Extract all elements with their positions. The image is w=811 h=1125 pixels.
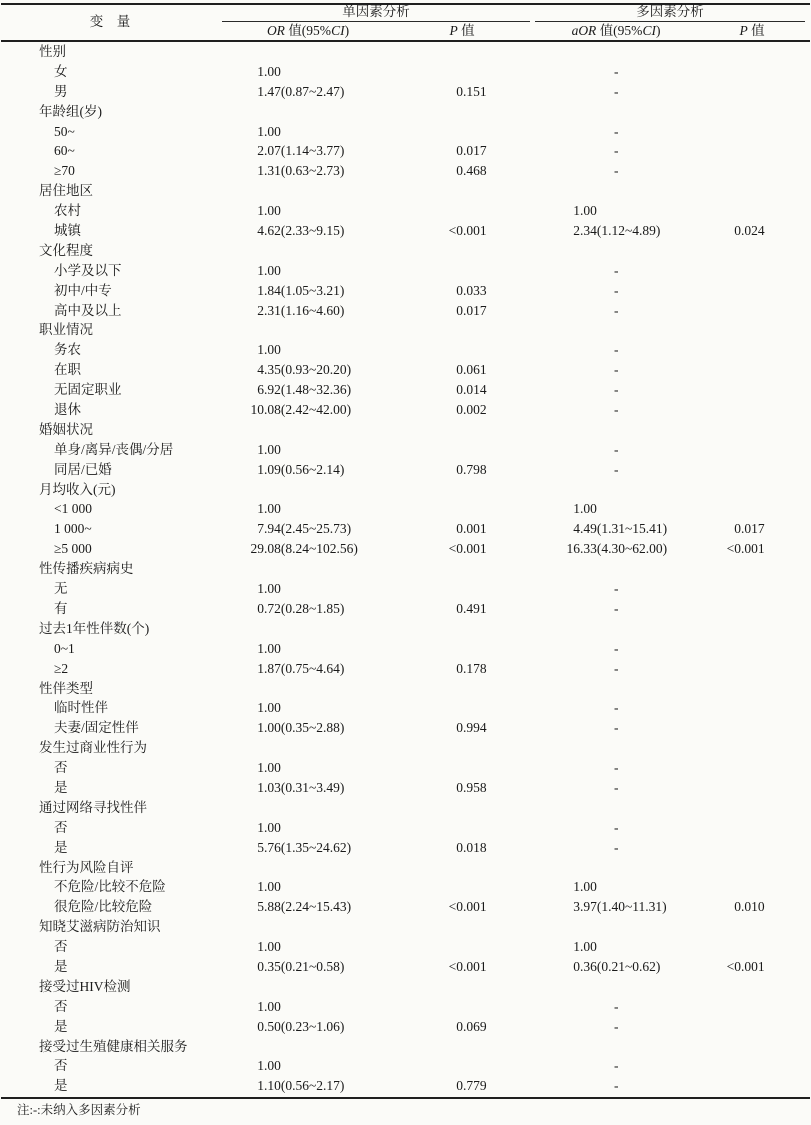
variable-item-label: 高中及以上 bbox=[54, 301, 122, 321]
dash-not-included: - bbox=[614, 440, 619, 460]
variable-item-label: 是 bbox=[54, 1017, 68, 1037]
p-value-univariate: 0.151 bbox=[436, 82, 487, 102]
variable-item-label: 否 bbox=[54, 937, 68, 957]
variable-item-label: 很危险/比较危险 bbox=[54, 897, 152, 917]
table-row: 很危险/比较危险5.88(2.24~15.43)<0.0013.97(1.40~… bbox=[0, 897, 811, 917]
variable-group-label: 居住地区 bbox=[39, 181, 93, 201]
dash-not-included: - bbox=[614, 758, 619, 778]
dash-not-included: - bbox=[614, 659, 619, 679]
multivariate-spanner-rule bbox=[535, 21, 805, 22]
header-or-95ci: OR 值(95%CI) bbox=[267, 23, 349, 39]
variable-item-label: 不危险/比较不危险 bbox=[54, 877, 166, 897]
journal-regression-table-page: 变 量 单因素分析 多因素分析 OR 值(95%CI) P 值 aOR 值(95… bbox=[0, 0, 811, 1125]
variable-item-label: 退休 bbox=[54, 400, 81, 420]
dash-not-included: - bbox=[614, 460, 619, 480]
dash-not-included: - bbox=[614, 301, 619, 321]
table-row: 性行为风险自评 bbox=[0, 858, 811, 878]
variable-item-label: 否 bbox=[54, 818, 68, 838]
or-value: 0.50(0.23~1.06) bbox=[240, 1017, 344, 1037]
p-value-univariate: 0.033 bbox=[436, 281, 487, 301]
table-row: <1 0001.001.00 bbox=[0, 499, 811, 519]
or-value: 1.00 bbox=[240, 122, 281, 142]
p-value-univariate: 0.014 bbox=[436, 380, 487, 400]
or-value: 1.00(0.35~2.88) bbox=[240, 718, 344, 738]
aor-value: 1.00 bbox=[553, 937, 597, 957]
p-value-univariate: <0.001 bbox=[436, 539, 487, 559]
table-row: 否1.00- bbox=[0, 1056, 811, 1076]
table-row: 通过网络寻找性伴 bbox=[0, 798, 811, 818]
table-row: 否1.001.00 bbox=[0, 937, 811, 957]
table-row: ≥701.31(0.63~2.73)0.468- bbox=[0, 161, 811, 181]
or-value: 1.00 bbox=[240, 758, 281, 778]
p-value-univariate: 0.017 bbox=[436, 141, 487, 161]
or-value: 5.88(2.24~15.43) bbox=[240, 897, 351, 917]
table-row: 年龄组(岁) bbox=[0, 102, 811, 122]
table-row: 女1.00- bbox=[0, 62, 811, 82]
p-value-univariate: 0.468 bbox=[436, 161, 487, 181]
table-row: 职业情况 bbox=[0, 320, 811, 340]
table-row: 否1.00- bbox=[0, 997, 811, 1017]
aor-value: 1.00 bbox=[553, 499, 597, 519]
table-row: 城镇4.62(2.33~9.15)<0.0012.34(1.12~4.89)0.… bbox=[0, 221, 811, 241]
variable-group-label: 月均收入(元) bbox=[39, 480, 116, 500]
or-value: 1.03(0.31~3.49) bbox=[240, 778, 344, 798]
variable-item-label: 无固定职业 bbox=[54, 380, 122, 400]
or-value: 1.00 bbox=[240, 62, 281, 82]
variable-item-label: 60~ bbox=[54, 141, 75, 161]
p-value-univariate: 0.002 bbox=[436, 400, 487, 420]
table-row: 小学及以下1.00- bbox=[0, 261, 811, 281]
variable-group-label: 年龄组(岁) bbox=[39, 102, 102, 122]
table-row: 同居/已婚1.09(0.56~2.14)0.798- bbox=[0, 460, 811, 480]
dash-not-included: - bbox=[614, 82, 619, 102]
table-row: 是0.50(0.23~1.06)0.069- bbox=[0, 1017, 811, 1037]
variable-item-label: 是 bbox=[54, 1076, 68, 1096]
dash-not-included: - bbox=[614, 997, 619, 1017]
table-row: 务农1.00- bbox=[0, 340, 811, 360]
dash-not-included: - bbox=[614, 400, 619, 420]
header-p-value-multivariate: P 值 bbox=[739, 23, 764, 39]
variable-item-label: 50~ bbox=[54, 122, 75, 142]
or-value: 0.72(0.28~1.85) bbox=[240, 599, 344, 619]
table-row: 50~1.00- bbox=[0, 122, 811, 142]
dash-not-included: - bbox=[614, 718, 619, 738]
dash-not-included: - bbox=[614, 261, 619, 281]
variable-item-label: 是 bbox=[54, 957, 68, 977]
table-body: 性别女1.00-男1.47(0.87~2.47)0.151-年龄组(岁)50~1… bbox=[0, 42, 811, 1096]
variable-item-label: 农村 bbox=[54, 201, 81, 221]
dash-not-included: - bbox=[614, 380, 619, 400]
table-row: 无固定职业6.92(1.48~32.36)0.014- bbox=[0, 380, 811, 400]
table-row: 是1.10(0.56~2.17)0.779- bbox=[0, 1076, 811, 1096]
variable-item-label: <1 000 bbox=[54, 499, 92, 519]
or-value: 5.76(1.35~24.62) bbox=[240, 838, 351, 858]
table-row: ≥21.87(0.75~4.64)0.178- bbox=[0, 659, 811, 679]
p-value-univariate: 0.069 bbox=[436, 1017, 487, 1037]
variable-item-label: 否 bbox=[54, 997, 68, 1017]
or-value: 2.07(1.14~3.77) bbox=[240, 141, 344, 161]
table-row: 知晓艾滋病防治知识 bbox=[0, 917, 811, 937]
table-row: 高中及以上2.31(1.16~4.60)0.017- bbox=[0, 301, 811, 321]
univariate-spanner-rule bbox=[222, 21, 530, 22]
or-value: 1.00 bbox=[240, 1056, 281, 1076]
aor-value: 3.97(1.40~11.31) bbox=[553, 897, 667, 917]
dash-not-included: - bbox=[614, 62, 619, 82]
dash-not-included: - bbox=[614, 340, 619, 360]
p-value-univariate: 0.779 bbox=[436, 1076, 487, 1096]
or-value: 1.47(0.87~2.47) bbox=[240, 82, 344, 102]
table-row: 居住地区 bbox=[0, 181, 811, 201]
table-bottom-rule bbox=[1, 1097, 810, 1099]
p-value-univariate: 0.798 bbox=[436, 460, 487, 480]
header-p-value-univariate: P 值 bbox=[449, 23, 474, 39]
variable-group-label: 婚姻状况 bbox=[39, 420, 93, 440]
or-value: 2.31(1.16~4.60) bbox=[240, 301, 344, 321]
table-row: 月均收入(元) bbox=[0, 480, 811, 500]
p-value-univariate: <0.001 bbox=[436, 221, 487, 241]
table-row: 有0.72(0.28~1.85)0.491- bbox=[0, 599, 811, 619]
table-row: 发生过商业性行为 bbox=[0, 738, 811, 758]
variable-item-label: 否 bbox=[54, 1056, 68, 1076]
p-value-univariate: 0.017 bbox=[436, 301, 487, 321]
variable-item-label: 同居/已婚 bbox=[54, 460, 112, 480]
table-row: 初中/中专1.84(1.05~3.21)0.033- bbox=[0, 281, 811, 301]
table-row: 是0.35(0.21~0.58)<0.0010.36(0.21~0.62)<0.… bbox=[0, 957, 811, 977]
table-row: 退休10.08(2.42~42.00)0.002- bbox=[0, 400, 811, 420]
table-row: 农村1.001.00 bbox=[0, 201, 811, 221]
or-value: 1.00 bbox=[240, 877, 281, 897]
or-value: 1.00 bbox=[240, 201, 281, 221]
header-multivariate-analysis: 多因素分析 bbox=[636, 4, 704, 20]
aor-value: 16.33(4.30~62.00) bbox=[553, 539, 667, 559]
aor-value: 1.00 bbox=[553, 877, 597, 897]
dash-not-included: - bbox=[614, 1017, 619, 1037]
table-row: 是5.76(1.35~24.62)0.018- bbox=[0, 838, 811, 858]
dash-not-included: - bbox=[614, 838, 619, 858]
p-value-univariate: <0.001 bbox=[436, 897, 487, 917]
or-value: 1.00 bbox=[240, 340, 281, 360]
variable-group-label: 性伴类型 bbox=[39, 679, 93, 699]
variable-group-label: 性传播疾病病史 bbox=[39, 559, 134, 579]
dash-not-included: - bbox=[614, 818, 619, 838]
dash-not-included: - bbox=[614, 579, 619, 599]
variable-item-label: 务农 bbox=[54, 340, 81, 360]
table-row: 0~11.00- bbox=[0, 639, 811, 659]
or-value: 1.00 bbox=[240, 579, 281, 599]
variable-group-label: 接受过生殖健康相关服务 bbox=[39, 1037, 188, 1057]
dash-not-included: - bbox=[614, 778, 619, 798]
or-value: 6.92(1.48~32.36) bbox=[240, 380, 351, 400]
variable-item-label: 女 bbox=[54, 62, 68, 82]
variable-item-label: 在职 bbox=[54, 360, 81, 380]
p-value-univariate: 0.994 bbox=[436, 718, 487, 738]
dash-not-included: - bbox=[614, 599, 619, 619]
table-row: 否1.00- bbox=[0, 818, 811, 838]
p-value-multivariate: 0.017 bbox=[714, 519, 765, 539]
table-row: 在职4.35(0.93~20.20)0.061- bbox=[0, 360, 811, 380]
variable-item-label: 单身/离异/丧偶/分居 bbox=[54, 440, 173, 460]
variable-item-label: 男 bbox=[54, 82, 68, 102]
aor-value: 4.49(1.31~15.41) bbox=[553, 519, 667, 539]
variable-group-label: 发生过商业性行为 bbox=[39, 738, 147, 758]
or-value: 1.00 bbox=[240, 440, 281, 460]
p-value-univariate: 0.178 bbox=[436, 659, 487, 679]
header-variable: 变 量 bbox=[90, 14, 131, 30]
header-univariate-analysis: 单因素分析 bbox=[342, 4, 410, 20]
or-value: 0.35(0.21~0.58) bbox=[240, 957, 344, 977]
table-row: 过去1年性伴数(个) bbox=[0, 619, 811, 639]
or-value: 1.00 bbox=[240, 997, 281, 1017]
variable-item-label: ≥70 bbox=[54, 161, 75, 181]
p-value-univariate: 0.061 bbox=[436, 360, 487, 380]
variable-group-label: 知晓艾滋病防治知识 bbox=[39, 917, 161, 937]
or-value: 1.00 bbox=[240, 937, 281, 957]
or-value: 10.08(2.42~42.00) bbox=[240, 400, 351, 420]
variable-item-label: ≥5 000 bbox=[54, 539, 92, 559]
dash-not-included: - bbox=[614, 141, 619, 161]
variable-item-label: 有 bbox=[54, 599, 68, 619]
aor-value: 1.00 bbox=[553, 201, 597, 221]
variable-item-label: 0~1 bbox=[54, 639, 75, 659]
variable-item-label: ≥2 bbox=[54, 659, 68, 679]
variable-group-label: 性别 bbox=[39, 42, 66, 62]
p-value-univariate: 0.491 bbox=[436, 599, 487, 619]
variable-item-label: 是 bbox=[54, 838, 68, 858]
variable-item-label: 城镇 bbox=[54, 221, 81, 241]
variable-item-label: 临时性伴 bbox=[54, 698, 108, 718]
table-row: 不危险/比较不危险1.001.00 bbox=[0, 877, 811, 897]
or-value: 1.87(0.75~4.64) bbox=[240, 659, 344, 679]
variable-group-label: 性行为风险自评 bbox=[39, 858, 134, 878]
table-row: 无1.00- bbox=[0, 579, 811, 599]
table-row: 1 000~7.94(2.45~25.73)0.0014.49(1.31~15.… bbox=[0, 519, 811, 539]
or-value: 1.84(1.05~3.21) bbox=[240, 281, 344, 301]
or-value: 1.00 bbox=[240, 499, 281, 519]
or-value: 1.00 bbox=[240, 818, 281, 838]
variable-item-label: 否 bbox=[54, 758, 68, 778]
p-value-univariate: <0.001 bbox=[436, 957, 487, 977]
variable-group-label: 通过网络寻找性伴 bbox=[39, 798, 147, 818]
variable-group-label: 过去1年性伴数(个) bbox=[39, 619, 149, 639]
table-row: 临时性伴1.00- bbox=[0, 698, 811, 718]
table-row: 夫妻/固定性伴1.00(0.35~2.88)0.994- bbox=[0, 718, 811, 738]
footnote: 注:-:未纳入多因素分析 bbox=[17, 1102, 141, 1118]
or-value: 1.00 bbox=[240, 261, 281, 281]
variable-item-label: 夫妻/固定性伴 bbox=[54, 718, 139, 738]
table-row: 婚姻状况 bbox=[0, 420, 811, 440]
header-aor-95ci: aOR 值(95%CI) bbox=[572, 23, 661, 39]
table-row: 男1.47(0.87~2.47)0.151- bbox=[0, 82, 811, 102]
dash-not-included: - bbox=[614, 122, 619, 142]
p-value-univariate: 0.018 bbox=[436, 838, 487, 858]
variable-group-label: 职业情况 bbox=[39, 320, 93, 340]
or-value: 4.62(2.33~9.15) bbox=[240, 221, 344, 241]
dash-not-included: - bbox=[614, 281, 619, 301]
dash-not-included: - bbox=[614, 161, 619, 181]
or-value: 4.35(0.93~20.20) bbox=[240, 360, 351, 380]
p-value-multivariate: <0.001 bbox=[714, 539, 765, 559]
variable-group-label: 文化程度 bbox=[39, 241, 93, 261]
table-row: 60~2.07(1.14~3.77)0.017- bbox=[0, 141, 811, 161]
or-value: 1.10(0.56~2.17) bbox=[240, 1076, 344, 1096]
aor-value: 0.36(0.21~0.62) bbox=[553, 957, 660, 977]
or-value: 1.00 bbox=[240, 698, 281, 718]
or-value: 1.09(0.56~2.14) bbox=[240, 460, 344, 480]
or-value: 29.08(8.24~102.56) bbox=[240, 539, 358, 559]
table-row: 是1.03(0.31~3.49)0.958- bbox=[0, 778, 811, 798]
table-row: ≥5 00029.08(8.24~102.56)<0.00116.33(4.30… bbox=[0, 539, 811, 559]
variable-group-label: 接受过HIV检测 bbox=[39, 977, 131, 997]
table-row: 接受过生殖健康相关服务 bbox=[0, 1037, 811, 1057]
dash-not-included: - bbox=[614, 639, 619, 659]
variable-item-label: 初中/中专 bbox=[54, 281, 112, 301]
p-value-multivariate: 0.024 bbox=[714, 221, 765, 241]
aor-value: 2.34(1.12~4.89) bbox=[553, 221, 660, 241]
table-row: 性别 bbox=[0, 42, 811, 62]
dash-not-included: - bbox=[614, 698, 619, 718]
table-row: 接受过HIV检测 bbox=[0, 977, 811, 997]
p-value-univariate: 0.958 bbox=[436, 778, 487, 798]
p-value-multivariate: 0.010 bbox=[714, 897, 765, 917]
dash-not-included: - bbox=[614, 1056, 619, 1076]
variable-item-label: 是 bbox=[54, 778, 68, 798]
p-value-univariate: 0.001 bbox=[436, 519, 487, 539]
dash-not-included: - bbox=[614, 1076, 619, 1096]
or-value: 1.00 bbox=[240, 639, 281, 659]
table-row: 文化程度 bbox=[0, 241, 811, 261]
variable-item-label: 1 000~ bbox=[54, 519, 92, 539]
p-value-multivariate: <0.001 bbox=[714, 957, 765, 977]
table-row: 否1.00- bbox=[0, 758, 811, 778]
table-row: 性传播疾病病史 bbox=[0, 559, 811, 579]
or-value: 7.94(2.45~25.73) bbox=[240, 519, 351, 539]
or-value: 1.31(0.63~2.73) bbox=[240, 161, 344, 181]
variable-item-label: 无 bbox=[54, 579, 68, 599]
variable-item-label: 小学及以下 bbox=[54, 261, 122, 281]
table-row: 性伴类型 bbox=[0, 679, 811, 699]
table-row: 单身/离异/丧偶/分居1.00- bbox=[0, 440, 811, 460]
dash-not-included: - bbox=[614, 360, 619, 380]
